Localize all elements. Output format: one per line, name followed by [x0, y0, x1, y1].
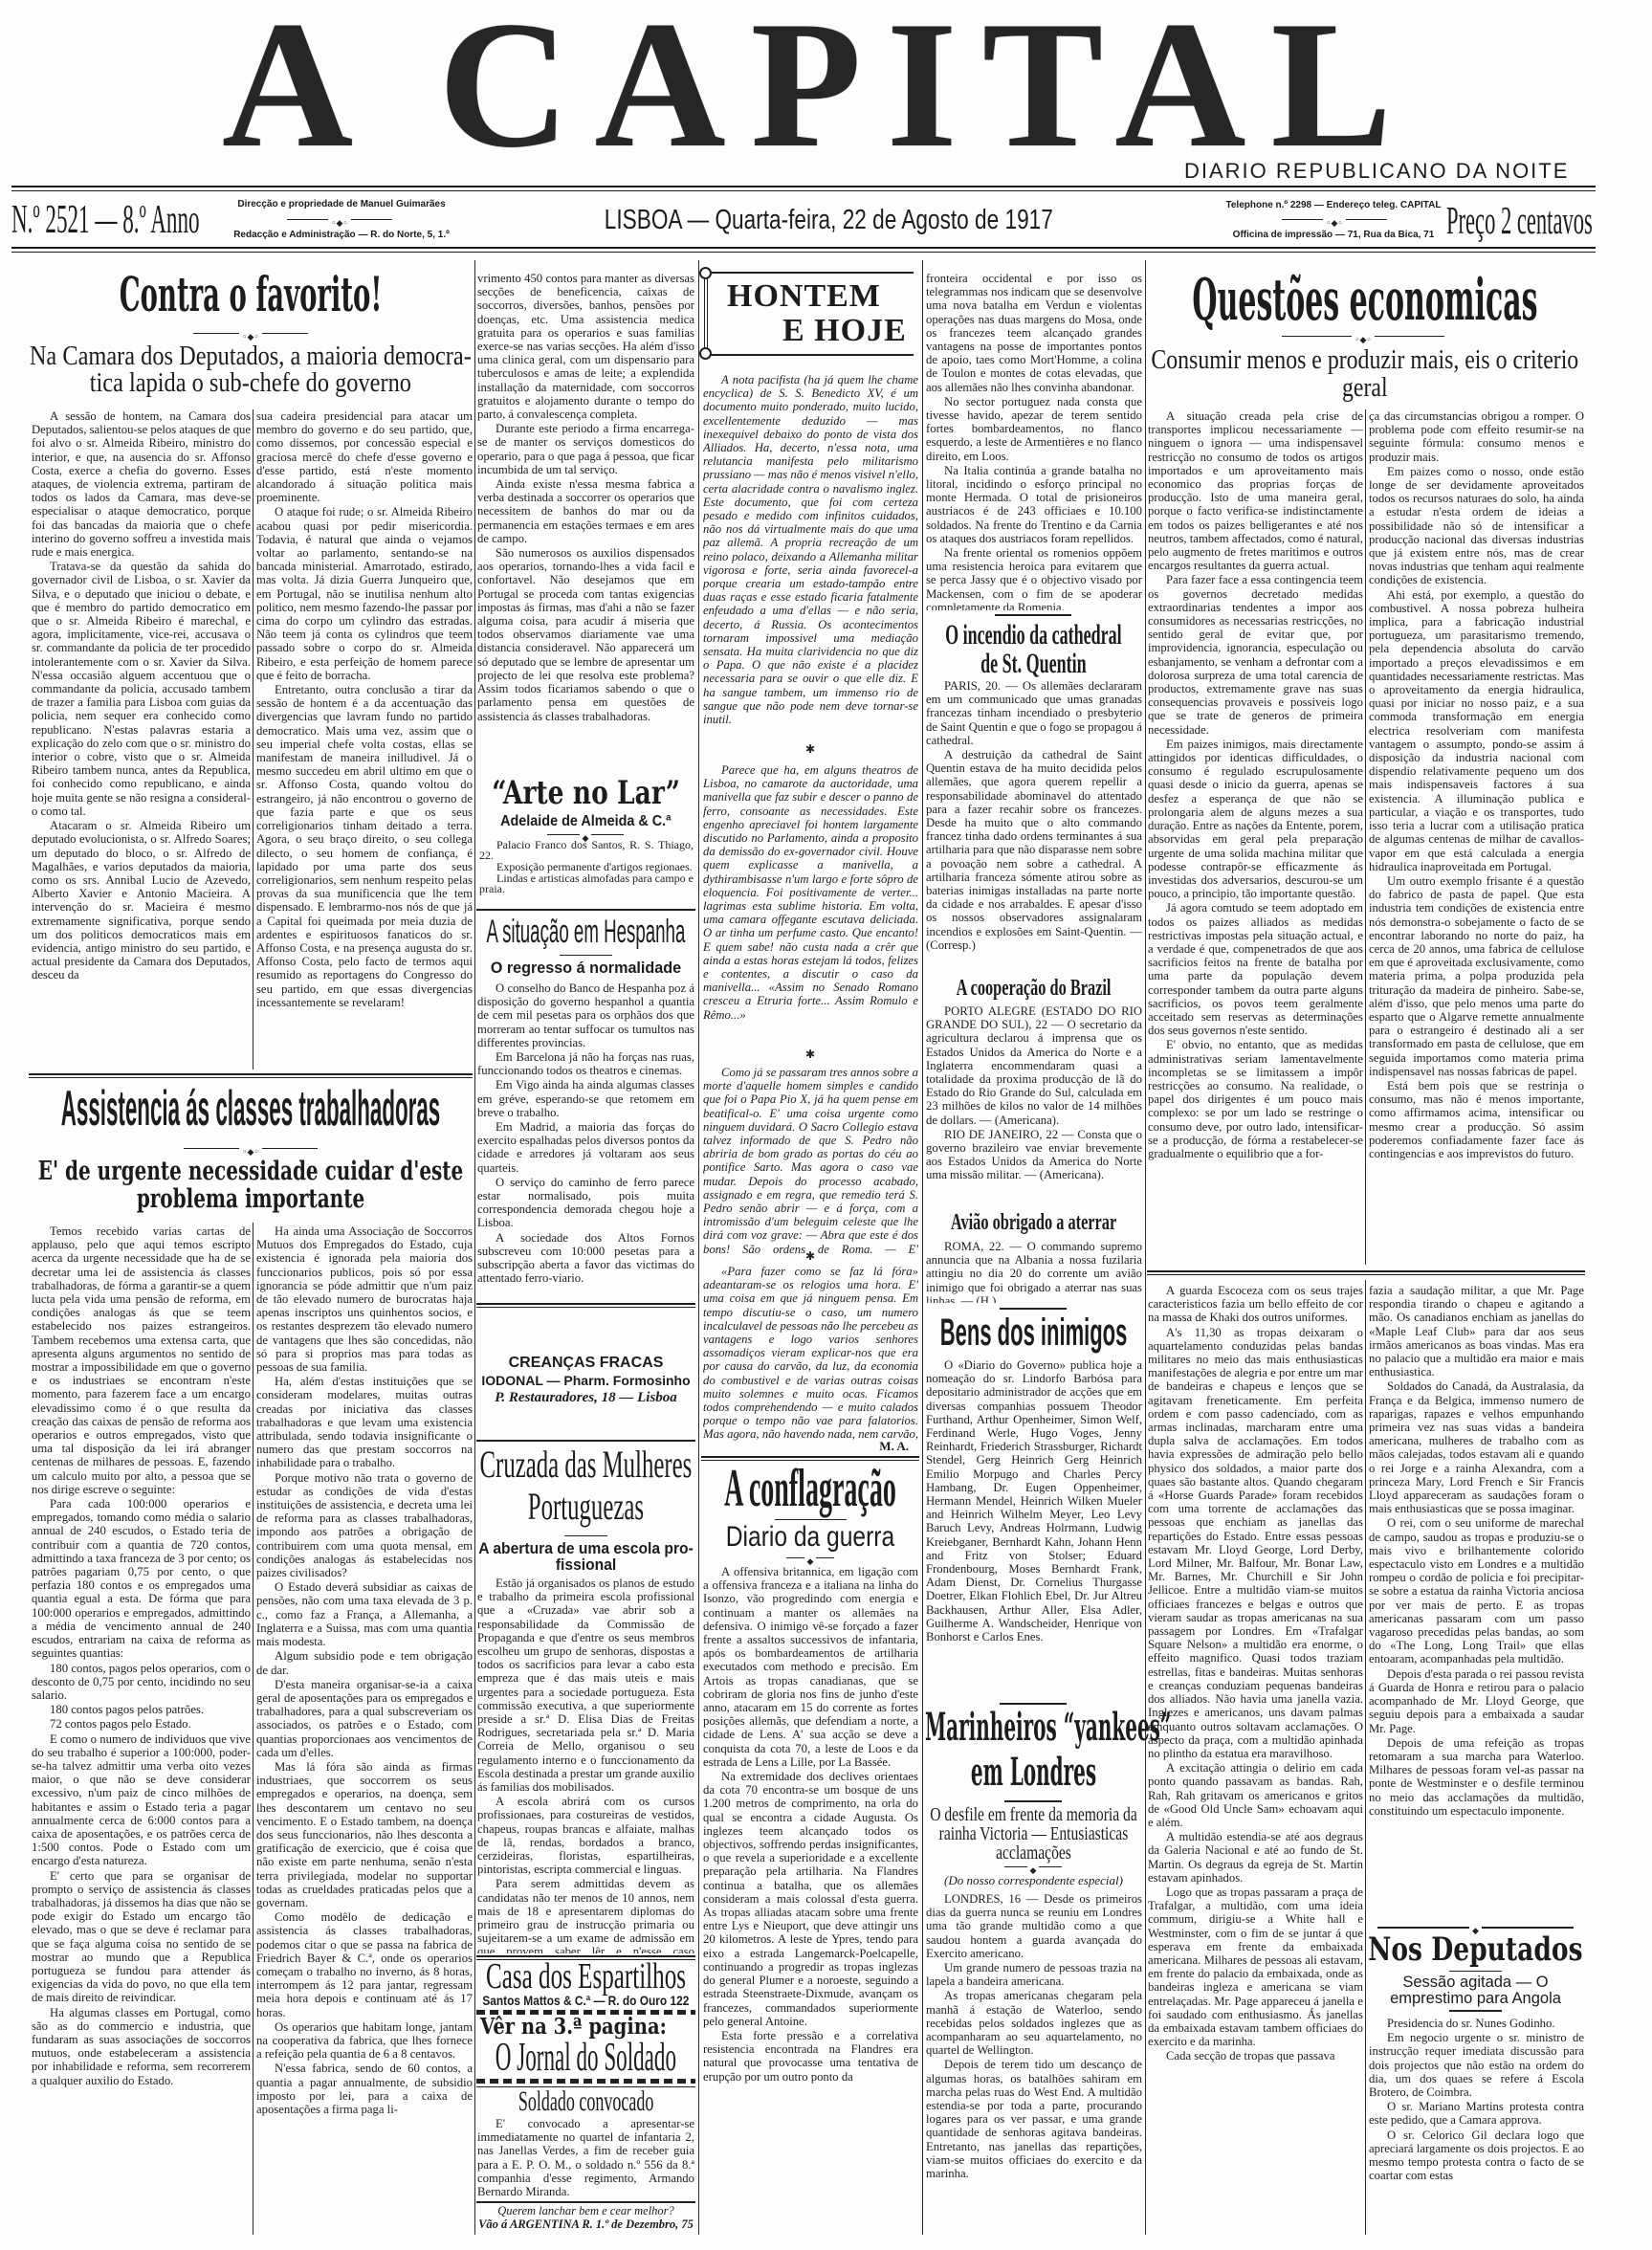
- subhead: O desfile em frente da memoria da rainha…: [925, 1805, 1142, 1863]
- paragraph: O sr. Mariano Martins protesta contra es…: [1369, 2100, 1584, 2127]
- section-rule: [476, 1440, 695, 1442]
- ad-address: Santos Mattos & C.ª — R. do Ouro 122: [476, 1994, 695, 2008]
- paragraph: Logo que as tropas passaram a praça de T…: [1148, 1886, 1363, 2048]
- article-column: A sessão de hontem, na Camara dos Deputa…: [32, 409, 251, 1070]
- article-column: ça das circumstancias obrigou a romper. …: [1369, 409, 1584, 1265]
- article-column-continued: vrimento 450 contos para manter as diver…: [477, 272, 694, 769]
- paragraph: A's 11,30 as tropas deixaram o aquartela…: [1148, 1326, 1363, 1761]
- paragraph: fazia a saudação militar, a que Mr. Page…: [1369, 1284, 1584, 1379]
- price: Preço 2 centavos: [1446, 195, 1597, 245]
- paragraph: O rei, com o seu uniforme de marechal de…: [1369, 1516, 1584, 1665]
- section-rule: [476, 909, 695, 911]
- editorial-note: Parece que ha, em alguns theatros de Lis…: [703, 763, 918, 1043]
- print-shop-address: Officina de impressão — 71, Rua da Bica,…: [1222, 230, 1444, 241]
- column-rule: [1365, 1280, 1366, 2235]
- telephone-line: Telephone n.º 2298 — Endereço teleg. CAP…: [1222, 200, 1444, 211]
- byline: (Do nosso correspondente especial): [925, 1873, 1142, 1887]
- paragraph: Ainda existe n'essa mesma fabrica a verb…: [477, 477, 694, 545]
- paragraph: Em paizes inimigos, mais directamente at…: [1148, 738, 1363, 900]
- ad-details: Palacio Franco dos Santos, R. S. Thiago,…: [479, 840, 694, 903]
- asterism-icon: ✱: [701, 1249, 919, 1263]
- paragraph: Ha ainda uma Associação de Soccorros Mut…: [256, 1224, 473, 1374]
- paragraph: sua cadeira presidencial para atacar um …: [256, 409, 473, 504]
- headline-line-1: Cruzada das Mulheres: [476, 1443, 695, 1487]
- paragraph: ROMA, 22. — O commando supremo annuncia …: [926, 1240, 1142, 1303]
- paragraph: Esta forte pressão e a correlativa resis…: [703, 2029, 918, 2084]
- paragraph: A nota pacifista (ha já quem lhe chame e…: [703, 373, 918, 726]
- paragraph: ça das circumstancias obrigou a romper. …: [1369, 409, 1584, 464]
- hontem-title-line-1: HONTEM: [727, 279, 881, 314]
- paragraph: Ha algumas classes em Portugal, como são…: [32, 2006, 251, 2087]
- paragraph: A sessão de hontem, na Camara dos Deputa…: [32, 409, 251, 559]
- ad-title: “Arte no Lar”: [476, 773, 695, 813]
- paragraph: Tratava-se da questão da sahida do gover…: [32, 560, 251, 818]
- asterism-icon: ✱: [701, 742, 919, 756]
- paragraph: Depois d'esta parada o rei passou revist…: [1369, 1667, 1584, 1735]
- ornament-divider-icon: ◦◆◦: [193, 327, 308, 339]
- article-column: Ha ainda uma Associação de Soccorros Mut…: [256, 1224, 473, 2235]
- paragraph: 72 contos pagos pelo Estado.: [32, 1717, 251, 1731]
- headline: Contra o favorito!: [29, 266, 473, 323]
- article-column-continued: fronteira occidental e por isso os teleg…: [926, 272, 1142, 610]
- paragraph: Depois de uma refeição as tropas retomar…: [1369, 1736, 1584, 1818]
- paragraph: Na Italia continúa a grande batalha no l…: [926, 464, 1142, 545]
- paragraph: Em negocio urgente o sr. ministro de ins…: [1369, 2031, 1584, 2099]
- column-rule: [1145, 260, 1146, 2235]
- masthead-title: A CAPITAL: [222, 4, 1456, 166]
- paragraph: O «Diario do Governo» publica hoje a nom…: [926, 1358, 1142, 1643]
- masthead-rule-top: [11, 186, 1596, 191]
- editorial-note: A nota pacifista (ha já quem lhe chame e…: [703, 373, 918, 735]
- paragraph: Presidencia do sr. Nunes Godinho.: [1369, 2017, 1584, 2030]
- paragraph: E como o numero de individuos que vive d…: [32, 1732, 251, 1868]
- paragraph: Em Barcelona já não ha forças nas ruas, …: [477, 1050, 694, 1077]
- section-rule: [29, 1073, 473, 1078]
- article-column: Temos recebido varias cartas de applauso…: [32, 1224, 251, 2235]
- paragraph: Um grande numero de pessoas trazia na la…: [926, 1961, 1142, 1988]
- article-body: E' convocado a apresentar-se immediatame…: [477, 2117, 694, 2199]
- article-body: ROMA, 22. — O commando supremo annuncia …: [926, 1240, 1142, 1303]
- ornament-divider-icon: ◆: [786, 1552, 834, 1563]
- signature: M. A.: [703, 1439, 909, 1454]
- paragraph: Lindas e artisticas almofadas para campo…: [479, 873, 694, 894]
- editorial-note: «Para fazer como se faz lá fóra» adeanta…: [703, 1265, 918, 1443]
- article-column: A offensiva britannica, em ligação com a…: [703, 1565, 918, 2235]
- paragraph: Depois de terem tido um descanço de algu…: [926, 2058, 1142, 2180]
- paragraph: Cada secção de tropas que passava: [1148, 2049, 1363, 2062]
- paragraph: No sector portuguez nada consta que tive…: [926, 395, 1142, 463]
- paragraph: Durante este periodo a firma encarrega-s…: [477, 422, 694, 476]
- paragraph: Na extremidade dos declives orientaes da…: [703, 1770, 918, 2028]
- article-body: O conselho do Banco de Hespanha poz á di…: [477, 982, 694, 1299]
- ornament-divider-icon: ◦◆◦: [1282, 330, 1444, 342]
- headline: A conflagração: [701, 1459, 919, 1518]
- ad-address: P. Restauradores, 18 — Lisboa: [476, 1390, 695, 1406]
- paragraph: Parece que ha, em alguns theatros de Lis…: [703, 763, 918, 1022]
- ad-product: IODONAL — Pharm. Formosinho: [476, 1373, 695, 1389]
- masthead-tagline: DIARIO REPUBLICANO DA NOITE: [1184, 159, 1596, 184]
- article-body: Estão já organisados os planos de estudo…: [477, 1577, 694, 1953]
- headline: Questões economicas: [1147, 267, 1583, 334]
- headline-line-2: de St. Quentin: [925, 649, 1142, 678]
- ad-line-2: Vão á ARGENTINA R. 1.º de Dezembro, 75: [476, 2217, 695, 2231]
- paragraph: A guarda Escoceza com os seus trajes car…: [1148, 1284, 1363, 1325]
- paragraph: A excitação attingia o delirio em cada p…: [1148, 1761, 1363, 1829]
- paragraph: A escola abrirá com os cursos profission…: [477, 1795, 694, 1876]
- paragraph: A situação creada pela crise de transpor…: [1148, 409, 1363, 572]
- paragraph: O sr. Celorico Gil declara logo que apre…: [1369, 2129, 1584, 2183]
- column-rule: [1365, 409, 1366, 1265]
- masthead-rule-bottom: [11, 247, 1596, 253]
- short-rule: [775, 1519, 847, 1520]
- paragraph: Temos recebido varias cartas de applauso…: [32, 1224, 251, 1496]
- headline: A situação em Hespanha: [476, 913, 695, 951]
- headline: Bens dos inimigos: [925, 1311, 1142, 1355]
- subhead: E' de urgente necessidade cuidar d'es­te…: [29, 1158, 473, 1213]
- paragraph: Os operarios que habitam longe, jantam n…: [256, 2020, 473, 2062]
- article-column: LONDRES, 16 — Desde os primeiros dias da…: [926, 1892, 1142, 2235]
- asterism-icon: ✱: [701, 1048, 919, 1061]
- ad-title: O Jornal do Soldado: [476, 2036, 695, 2080]
- paragraph: RIO DE JANEIRO, 22 — Consta que o govern…: [926, 1128, 1142, 1182]
- paragraph: Na frente oriental os romenios oppõem um…: [926, 546, 1142, 610]
- short-rule: [1449, 2010, 1502, 2012]
- subhead: Consumir menos e produzir mais, eis o cr…: [1147, 346, 1583, 402]
- paragraph: E' certo que para se organisar de prompt…: [32, 1869, 251, 2005]
- paragraph: Ahi está, por exemplo, a questão do comb…: [1369, 588, 1584, 873]
- paragraph: N'essa fabrica, sendo de 60 contos, a qu…: [256, 2062, 473, 2116]
- paragraph: Em Vigo ainda ha ainda algumas classes e…: [477, 1078, 694, 1119]
- paragraph: Algum subsidio pode e tem obrigação de d…: [256, 1649, 473, 1676]
- subhead: Na Camara dos Deputados, a maioria democ…: [29, 342, 473, 396]
- paragraph: D'esta maneira organisar-se-ia a caixa g…: [256, 1678, 473, 1759]
- article-body: PARIS, 20. — Os allemães declararam em u…: [926, 679, 1142, 974]
- paragraph: A destruição da cathedral de Saint Quent…: [926, 748, 1142, 952]
- headline-line-1: Marinheiros “yankees”: [925, 1706, 1142, 1750]
- paragraph: A sociedade dos Altos Fornos subscreveu …: [477, 1231, 694, 1286]
- paragraph: PARIS, 20. — Os allemães declararam em u…: [926, 679, 1142, 747]
- paragraph: Para fazer face a essa contingencia teem…: [1148, 573, 1363, 736]
- column-rule: [253, 409, 253, 1070]
- paragraph: Soldados do Canadá, da Australasia, da F…: [1369, 1379, 1584, 1515]
- subhead: Sessão agitada — O emprestimo para Angol…: [1368, 1974, 1583, 2007]
- headline: A cooperação do Brazil: [925, 975, 1142, 1002]
- paragraph: Ha, além d'estas instituições que se con…: [256, 1375, 473, 1469]
- editorial-note: Como já se passaram tres annos sobre a m…: [703, 1066, 918, 1253]
- column-rule: [698, 260, 699, 2235]
- subhead: Diario da guerra: [701, 1521, 919, 1554]
- section-rule: [476, 2201, 695, 2203]
- short-rule: [1000, 1308, 1067, 1310]
- direction-line: Direcção e propriedade de Manuel Guimarã…: [222, 199, 461, 210]
- paragraph: O serviço do caminho de ferro parece est…: [477, 1176, 694, 1230]
- article-body: O «Diario do Governo» publica hoje a nom…: [926, 1358, 1142, 1699]
- paragraph: São numerosos os auxilios dispensados ao…: [477, 546, 694, 723]
- ornament-divider-icon: ◦◆◦: [287, 213, 392, 225]
- paragraph: fronteira occidental e por isso os teleg…: [926, 272, 1142, 394]
- column-rule: [474, 260, 475, 2235]
- short-rule: [995, 614, 1071, 616]
- article-column: A guarda Escoceza com os seus trajes car…: [1148, 1284, 1363, 2235]
- article-column: sua cadeira presidencial para atacar um …: [256, 409, 473, 1070]
- paragraph: 180 contos pagos pelos patrões.: [32, 1703, 251, 1716]
- ornament-divider-icon: ◦◆◦: [184, 1142, 318, 1154]
- paragraph: Mas lá fóra são ainda as firmas industri…: [256, 1760, 473, 1909]
- paragraph: Em paizes como o nosso, onde estão longe…: [1369, 465, 1584, 587]
- paragraph: Como já se passaram tres annos sobre a m…: [703, 1066, 918, 1253]
- ornament-divider-icon: ◆: [547, 828, 624, 840]
- paragraph: 180 contos, pagos pelos operarios, com o…: [32, 1662, 251, 1703]
- paragraph: Como modêlo de dedicação e assistencia á…: [256, 1910, 473, 2019]
- headline-line-2: em Londres: [925, 1751, 1142, 1795]
- headline: Assistencia ás classes trabalhadoras: [29, 1081, 473, 1136]
- ornament-divider-icon: ◦◆◦: [1282, 213, 1387, 225]
- paragraph: Entretanto, outra conclusão a tirar da s…: [256, 683, 473, 1009]
- article-body: PORTO ALEGRE (ESTADO DO RIO GRANDE DO SU…: [926, 1004, 1142, 1207]
- column-rule: [253, 1223, 253, 2235]
- subhead: A abertura de uma escola pro­fissional: [476, 1540, 695, 1573]
- paragraph: E' obvio, no entanto, que as medidas adm…: [1148, 1038, 1363, 1160]
- paragraph: Um outro exemplo frisante é a questão do…: [1369, 874, 1584, 1078]
- ornament-divider-icon: ◆: [1004, 1861, 1062, 1872]
- paragraph: Está bem pois que se restrinja o consumo…: [1369, 1079, 1584, 1160]
- editorial-office-address: Redacção e Administração — R. do Norte, …: [222, 230, 461, 241]
- dateline: LISBOA — Quarta-feira, 22 de Agosto de 1…: [579, 203, 1079, 237]
- headline-line-2: Portuguezas: [476, 1485, 695, 1529]
- newspaper-page: A CAPITAL DIARIO REPUBLICANO DA NOITE N.…: [0, 0, 1652, 2250]
- circle-ornament-icon: [699, 267, 712, 279]
- subhead: O regresso á normalidade: [476, 959, 695, 978]
- paragraph: Já agora comtudo se teem adoptado em tod…: [1148, 901, 1363, 1037]
- paragraph: «Para fazer como se faz lá fóra» adeanta…: [703, 1265, 918, 1443]
- paragraph: LONDRES, 16 — Desde os primeiros dias da…: [926, 1892, 1142, 1960]
- section-rule: [476, 1303, 695, 1308]
- headline: Nos Deputados: [1368, 1930, 1583, 1969]
- short-rule: [564, 1535, 607, 1536]
- ad-title: CREANÇAS FRACAS: [476, 1355, 695, 1372]
- section-rule: [1147, 1270, 1585, 1275]
- paragraph: A multidão estendia-se até aos degraus d…: [1148, 1830, 1363, 1885]
- paragraph: Porque motivo não trata o governo de est…: [256, 1471, 473, 1580]
- article-body: Presidencia do sr. Nunes Godinho.Em nego…: [1369, 2017, 1584, 2235]
- ad-line-1: Querem lanchar bem e cear melhor?: [476, 2204, 695, 2217]
- paragraph: PORTO ALEGRE (ESTADO DO RIO GRANDE DO SU…: [926, 1004, 1142, 1127]
- paragraph: E' convocado a apresentar-se immediatame…: [477, 2117, 694, 2198]
- article-column: A situação creada pela crise de transpor…: [1148, 409, 1363, 1265]
- paragraph: Palacio Franco dos Santos, R. S. Thiago,…: [479, 840, 694, 861]
- paragraph: O Estado deverá subsidiar as caixas de p…: [256, 1580, 473, 1648]
- short-rule: [560, 955, 612, 956]
- ad-title: Casa dos Espartilhos: [476, 1957, 695, 1996]
- headline-line-1: O incendio da cathedral: [925, 620, 1142, 650]
- paragraph: O conselho do Banco de Hespanha poz á di…: [477, 982, 694, 1049]
- column-rule: [922, 260, 923, 2235]
- short-rule: [1449, 1971, 1502, 1972]
- dotted-rule: [476, 2079, 695, 2084]
- paragraph: Para cada 100:000 operarios e empregados…: [32, 1497, 251, 1660]
- paragraph: O ataque foi rude; o sr. Almeida Ribeiro…: [256, 505, 473, 682]
- paragraph: Em Madrid, a maioria das forças do exerc…: [477, 1120, 694, 1175]
- circle-ornament-icon: [699, 347, 712, 360]
- headline: Soldado convocado: [476, 2087, 695, 2116]
- paragraph: vrimento 450 contos para manter as diver…: [477, 272, 694, 421]
- paragraph: Estão já organisados os planos de estudo…: [477, 1577, 694, 1794]
- headline: Avião obrigado a aterrar: [925, 1209, 1142, 1236]
- article-column: fazia a saudação militar, a que Mr. Page…: [1369, 1284, 1584, 1919]
- short-rule: [1004, 1800, 1062, 1802]
- hontem-title-line-2: E HOJE: [782, 314, 907, 348]
- issue-number: N.º 2521 — 8.º Anno: [11, 195, 196, 245]
- paragraph: Atacaram o sr. Almeida Ribeiro um deputa…: [32, 819, 251, 982]
- paragraph: As tropas americanas chegaram pela manhã…: [926, 1989, 1142, 2057]
- paragraph: A offensiva britannica, em ligação com a…: [703, 1565, 918, 1769]
- paragraph: Para serem admittidas devem as candidata…: [477, 1877, 694, 1953]
